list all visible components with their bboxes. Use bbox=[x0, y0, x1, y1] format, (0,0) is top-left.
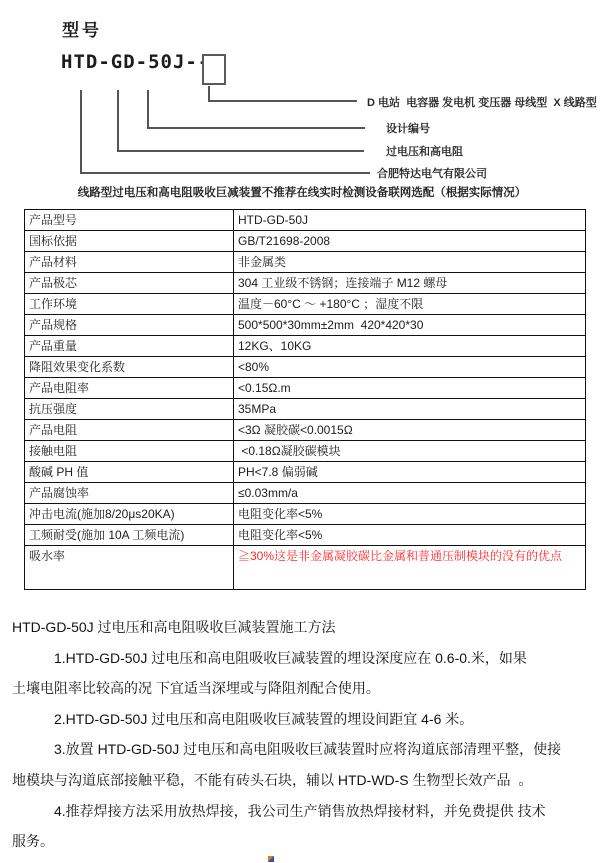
model-suffix-box bbox=[202, 54, 226, 85]
construction-section: HTD-GD-50J 过电压和高电阻吸收巨减装置施工方法1.HTD-GD-50J… bbox=[12, 612, 594, 857]
spec-value: <80% bbox=[234, 357, 586, 378]
spec-label: 冲击电流(施加8/20μs20KA) bbox=[25, 504, 234, 525]
spec-value: PH<7.8 偏弱碱 bbox=[234, 462, 586, 483]
spec-value: <0.18Ω凝胶碳模块 bbox=[234, 441, 586, 462]
spec-value: HTD-GD-50J bbox=[234, 210, 586, 231]
spec-label: 产品电阻 bbox=[25, 420, 234, 441]
spec-label: 降阻效果变化系数 bbox=[25, 357, 234, 378]
document-page: 型号 HTD-GD-50J-- D 电站 电容器 发电机 变压器 母线型 X 线… bbox=[0, 0, 604, 863]
table-row: 接触电阻 <0.18Ω凝胶碳模块 bbox=[25, 441, 586, 462]
spec-value: ≧30%这是非金属凝胶碳比金属和普通压制模块的没有的优点 bbox=[234, 546, 586, 590]
selection-note: 线路型过电压和高电阻吸收巨减装置不推荐在线实时检测设备联网选配（根据实际情况） bbox=[0, 184, 604, 200]
spec-label: 酸碱 PH 值 bbox=[25, 462, 234, 483]
spec-value: GB/T21698-2008 bbox=[234, 231, 586, 252]
table-row: 吸水率≧30%这是非金属凝胶碳比金属和普通压制模块的没有的优点 bbox=[25, 546, 586, 590]
spec-value: 500*500*30mm±2mm 420*420*30 bbox=[234, 315, 586, 336]
construction-line: 2.HTD-GD-50J 过电压和高电阻吸收巨减装置的埋设间距宜 4-6 米。 bbox=[12, 704, 594, 735]
diagram-label-company: 合肥特达电气有限公司 bbox=[377, 165, 487, 181]
spec-label: 工作环境 bbox=[25, 294, 234, 315]
diagram-label-suffix-meaning: D 电站 电容器 发电机 变压器 母线型 X 线路型 bbox=[367, 94, 597, 110]
construction-line: 地模块与沟道底部接触平稳，不能有砖头石块，辅以 HTD-WD-S 生物型长效产品… bbox=[12, 765, 594, 796]
spec-value: <3Ω 凝胶碳<0.0015Ω bbox=[234, 420, 586, 441]
spec-label: 产品材料 bbox=[25, 252, 234, 273]
table-row: 产品材料非金属类 bbox=[25, 252, 586, 273]
construction-line: 土壤电阻率比较高的况 下宜适当深埋或与降阻剂配合使用。 bbox=[12, 673, 594, 704]
table-row: 产品极芯304 工业级不锈钢；连接端子 M12 螺母 bbox=[25, 273, 586, 294]
spec-value: 温度－60°C ～ +180°C ；湿度不限 bbox=[234, 294, 586, 315]
spec-value: <0.15Ω.m bbox=[234, 378, 586, 399]
spec-value: 304 工业级不锈钢；连接端子 M12 螺母 bbox=[234, 273, 586, 294]
spec-label: 工频耐受(施加 10A 工频电流) bbox=[25, 525, 234, 546]
spec-value: 电阻变化率<5% bbox=[234, 525, 586, 546]
table-row: 抗压强度35MPa bbox=[25, 399, 586, 420]
spec-value: ≤0.03mm/a bbox=[234, 483, 586, 504]
model-code-text: HTD-GD-50J-- bbox=[61, 51, 210, 73]
table-row: 产品规格500*500*30mm±2mm 420*420*30 bbox=[25, 315, 586, 336]
spec-label: 产品电阻率 bbox=[25, 378, 234, 399]
spec-value: 35MPa bbox=[234, 399, 586, 420]
spec-label: 国标依据 bbox=[25, 231, 234, 252]
table-row: 工频耐受(施加 10A 工频电流)电阻变化率<5% bbox=[25, 525, 586, 546]
page-number-artifact bbox=[268, 856, 274, 862]
spec-value: 非金属类 bbox=[234, 252, 586, 273]
table-row: 产品重量12KG、10KG bbox=[25, 336, 586, 357]
diagram-label-design-no: 设计编号 bbox=[386, 120, 430, 136]
spec-label: 产品重量 bbox=[25, 336, 234, 357]
spec-label: 产品极芯 bbox=[25, 273, 234, 294]
spec-label: 抗压强度 bbox=[25, 399, 234, 420]
spec-label: 产品型号 bbox=[25, 210, 234, 231]
table-row: 工作环境温度－60°C ～ +180°C ；湿度不限 bbox=[25, 294, 586, 315]
construction-line: 3.放置 HTD-GD-50J 过电压和高电阻吸收巨减装置时应将沟道底部清理平整… bbox=[12, 734, 594, 765]
table-row: 产品电阻率<0.15Ω.m bbox=[25, 378, 586, 399]
spec-table: 产品型号HTD-GD-50J国标依据GB/T21698-2008产品材料非金属类… bbox=[24, 209, 586, 590]
connector-line-company bbox=[80, 90, 370, 174]
table-row: 酸碱 PH 值PH<7.8 偏弱碱 bbox=[25, 462, 586, 483]
construction-line: 4.推荐焊接方法采用放热焊接，我公司生产销售放热焊接材料，并免费提供 技术 bbox=[12, 796, 594, 827]
spec-label: 吸水率 bbox=[25, 546, 234, 590]
table-row: 产品型号HTD-GD-50J bbox=[25, 210, 586, 231]
spec-table-body: 产品型号HTD-GD-50J国标依据GB/T21698-2008产品材料非金属类… bbox=[25, 210, 586, 590]
spec-value: 电阻变化率<5% bbox=[234, 504, 586, 525]
spec-value: 12KG、10KG bbox=[234, 336, 586, 357]
table-row: 国标依据GB/T21698-2008 bbox=[25, 231, 586, 252]
spec-label: 产品腐蚀率 bbox=[25, 483, 234, 504]
table-row: 产品腐蚀率≤0.03mm/a bbox=[25, 483, 586, 504]
construction-title: HTD-GD-50J 过电压和高电阻吸收巨减装置施工方法 bbox=[12, 612, 594, 643]
table-row: 产品电阻<3Ω 凝胶碳<0.0015Ω bbox=[25, 420, 586, 441]
spec-label: 产品规格 bbox=[25, 315, 234, 336]
construction-line: 1.HTD-GD-50J 过电压和高电阻吸收巨减装置的埋设深度应在 0.6-0.… bbox=[12, 643, 594, 674]
table-row: 冲击电流(施加8/20μs20KA)电阻变化率<5% bbox=[25, 504, 586, 525]
table-row: 降阻效果变化系数<80% bbox=[25, 357, 586, 378]
page-title: 型号 bbox=[62, 16, 102, 41]
spec-label: 接触电阻 bbox=[25, 441, 234, 462]
construction-line: 服务。 bbox=[12, 826, 594, 857]
diagram-label-product-type: 过电压和高电阻 bbox=[386, 143, 463, 159]
